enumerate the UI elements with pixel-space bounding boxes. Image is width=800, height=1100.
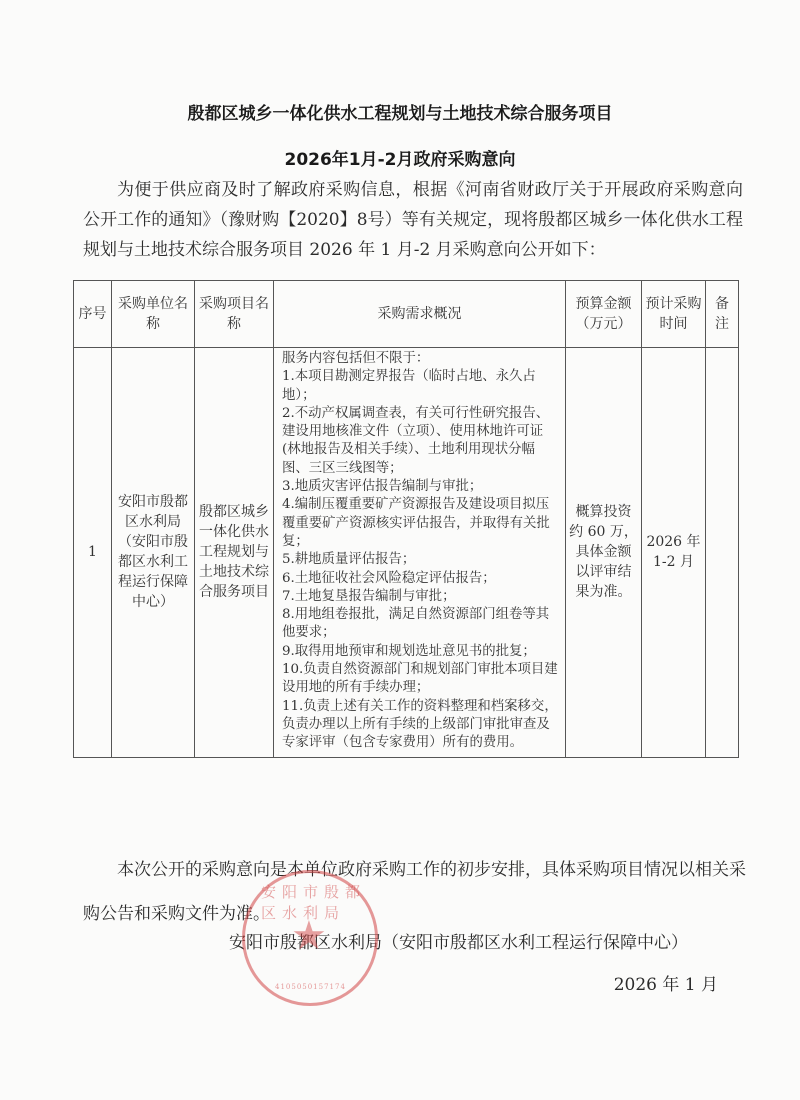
requirement-line: 5.耕地质量评估报告； [282, 551, 561, 569]
cell-project: 殷都区城乡一体化供水工程规划与土地技术综合服务项目 [195, 348, 274, 758]
cell-remark [706, 348, 739, 758]
signature: 安阳市殷都区水利局（安阳市殷都区水利工程运行保障中心） [229, 928, 688, 953]
requirement-line: 7.土地复垦报告编制与审批； [282, 588, 561, 606]
requirement-line: 3.地质灾害评估报告编制与审批； [282, 478, 561, 496]
cell-time: 2026 年 1-2 月 [642, 348, 706, 758]
cell-index: 1 [74, 348, 112, 758]
cell-budget: 概算投资约 60 万，具体金额以评审结果为准。 [566, 348, 642, 758]
requirement-line: 10.负责自然资源部门和规划部门审批本项目建设用地的所有手续办理； [282, 661, 561, 698]
table-header-row: 序号 采购单位名称 采购项目名称 采购需求概况 预算金额（万元） 预计采购时间 … [74, 281, 739, 348]
title-line-2: 2026年1月-2月政府采购意向 [0, 145, 800, 170]
procurement-table: 序号 采购单位名称 采购项目名称 采购需求概况 预算金额（万元） 预计采购时间 … [73, 280, 739, 758]
header-index: 序号 [74, 281, 112, 348]
table-row: 1 安阳市殷都区水利局（安阳市殷都区水利工程运行保障中心） 殷都区城乡一体化供水… [74, 348, 739, 758]
header-remark: 备注 [706, 281, 739, 348]
cell-requirements: 服务内容包括但不限于： 1.本项目勘测定界报告（临时占地、永久占地）； 2.不动… [274, 348, 566, 758]
requirement-line: 1.本项目勘测定界报告（临时占地、永久占地）； [282, 368, 561, 405]
requirement-line: 9.取得用地预审和规划选址意见书的批复； [282, 643, 561, 661]
closing-paragraph: 本次公开的采购意向是本单位政府采购工作的初步安排，具体采购项目情况以相关采购公告… [83, 848, 755, 936]
header-time: 预计采购时间 [642, 281, 706, 348]
header-unit: 采购单位名称 [112, 281, 195, 348]
header-budget: 预算金额（万元） [566, 281, 642, 348]
title-line-1: 殷都区城乡一体化供水工程规划与土地技术综合服务项目 [0, 99, 800, 124]
requirement-line: 服务内容包括但不限于： [282, 350, 561, 368]
intro-paragraph: 为便于供应商及时了解政府采购信息，根据《河南省财政厅关于开展政府采购意向公开工作… [83, 175, 743, 265]
header-requirements: 采购需求概况 [274, 281, 566, 348]
requirement-line: 11.负责上述有关工作的资料整理和档案移交，负责办理以上所有手续的上级部门审批审… [282, 698, 561, 753]
requirement-line: 4.编制压覆重要矿产资源报告及建设项目拟压覆重要矿产资源核实评估报告，并取得有关… [282, 496, 561, 551]
cell-unit: 安阳市殷都区水利局（安阳市殷都区水利工程运行保障中心） [112, 348, 195, 758]
seal-code: 4105050157174 [275, 983, 346, 991]
date: 2026 年 1 月 [614, 970, 718, 995]
requirement-line: 2.不动产权属调查表，有关可行性研究报告、建设用地核准文件（立项）、使用林地许可… [282, 405, 561, 478]
requirement-line: 8.用地组卷报批，满足自然资源部门组卷等其他要求； [282, 606, 561, 643]
header-project: 采购项目名称 [195, 281, 274, 348]
requirement-line: 6.土地征收社会风险稳定评估报告； [282, 570, 561, 588]
